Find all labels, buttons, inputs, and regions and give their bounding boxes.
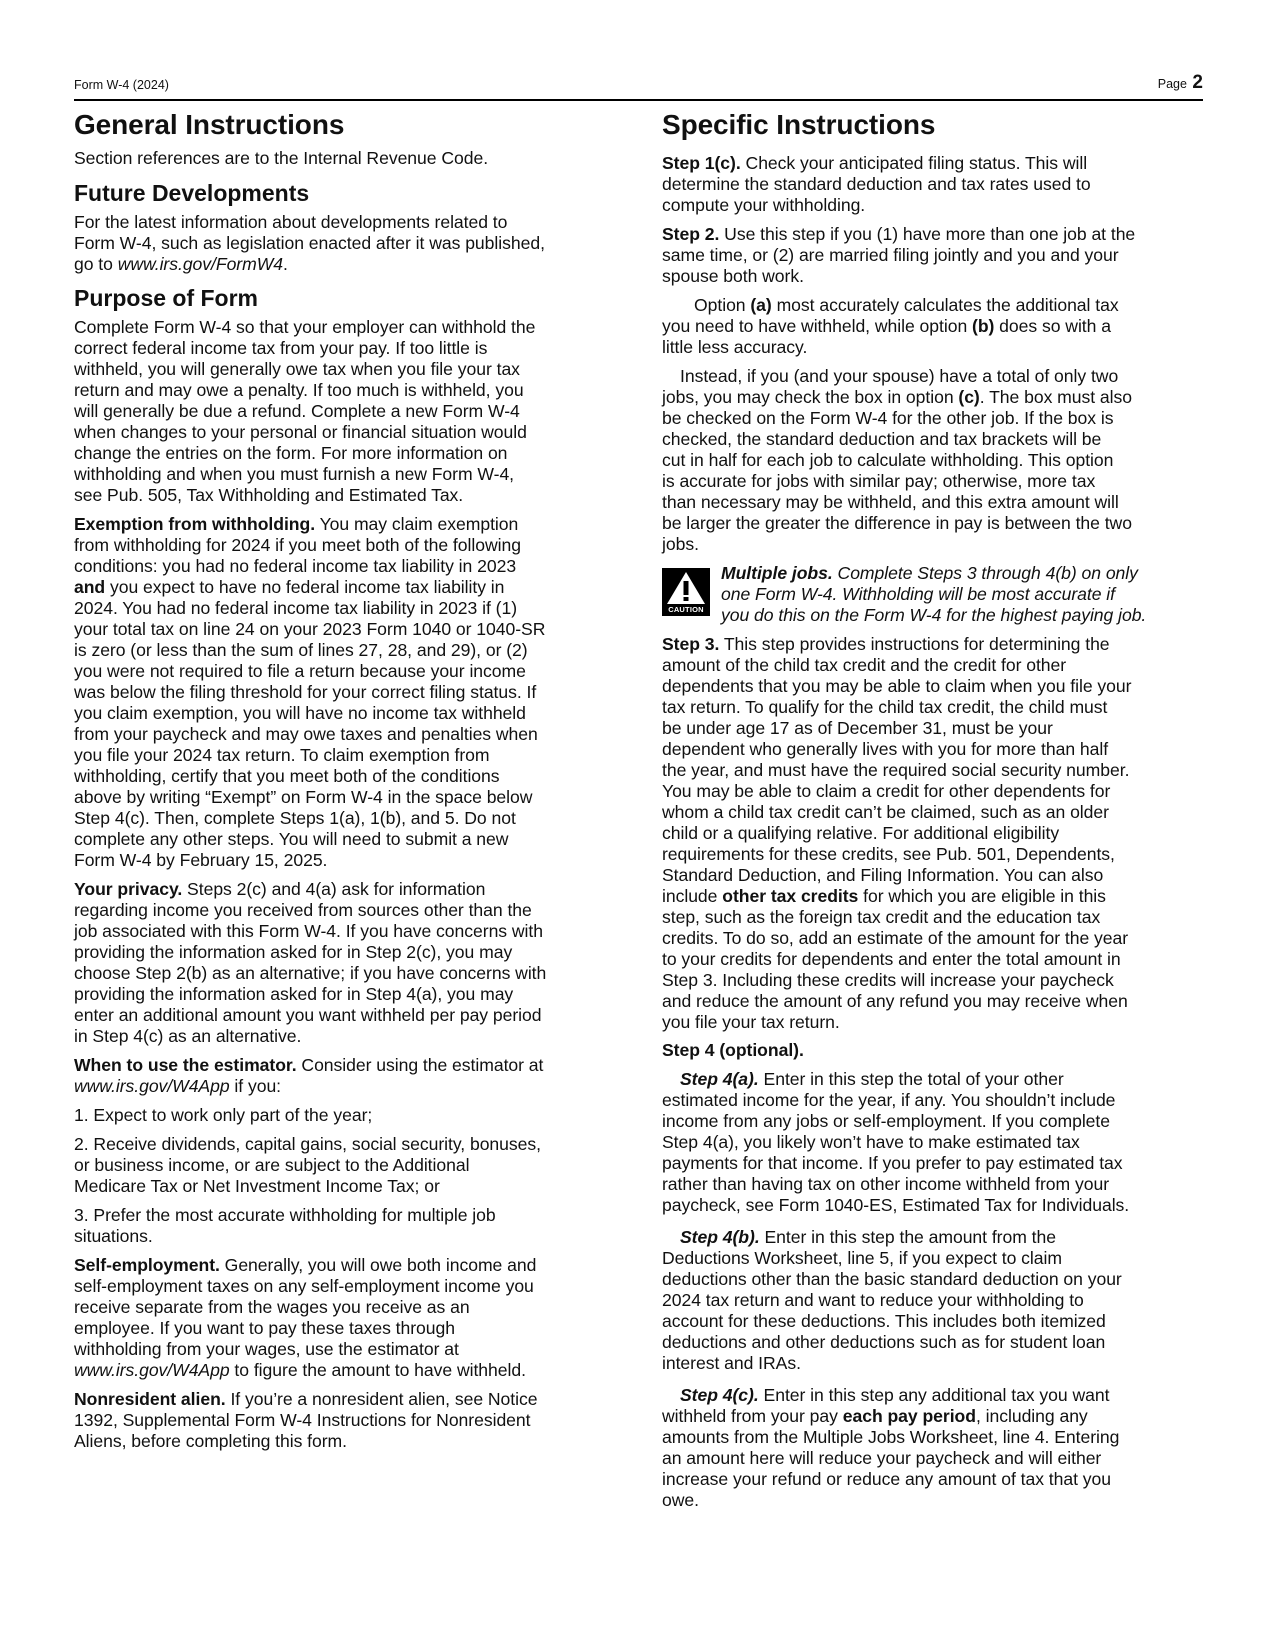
text-fragment: go to [74,254,118,274]
text-line: amounts from the Multiple Jobs Worksheet… [662,1427,1119,1448]
text-line: You may be able to claim a credit for ot… [662,781,1110,802]
text-line: one Form W-4. Withholding will be most a… [721,584,1115,605]
text-line: you do this on the Form W-4 for the high… [721,605,1146,626]
text-fragment: You may claim exemption [315,514,518,534]
text-fragment: Use this step if you (1) have more than … [719,224,1135,244]
text-line: www.irs.gov/W4App to figure the amount t… [74,1360,526,1381]
page-number: 2 [1192,72,1203,93]
text-line: change the entries on the form. For more… [74,443,507,464]
text-line: go to www.irs.gov/FormW4. [74,254,288,275]
text-line: above by writing “Exempt” on Form W-4 in… [74,787,532,808]
text-fragment: , including any [976,1406,1088,1426]
text-line: conditions: you had no federal income ta… [74,556,516,577]
text-fragment: If you’re a nonresident alien, see Notic… [226,1389,538,1409]
text-line: be checked on the Form W-4 for the other… [662,408,1113,429]
text-line: regarding income you received from sourc… [74,900,532,921]
text-line: providing the information asked for in S… [74,984,513,1005]
text-fragment: Step 4 (optional). [662,1040,804,1060]
text-line: paycheck, see Form 1040-ES, Estimated Ta… [662,1195,1129,1216]
text-line: step, such as the foreign tax credit and… [662,907,1100,928]
text-fragment: Steps 2(c) and 4(a) ask for information [182,879,485,899]
text-fragment: for which you are eligible in this [858,886,1106,906]
text-line: little less accuracy. [662,337,807,358]
text-line: estimated income for the year, if any. Y… [662,1090,1115,1111]
page-word: Page [1158,77,1187,91]
text-fragment: Consider using the estimator at [297,1055,544,1075]
text-line: Form W-4, such as legislation enacted af… [74,233,545,254]
text-line: When to use the estimator. Consider usin… [74,1055,543,1076]
text-line: was below the filing threshold for your … [74,682,536,703]
multiple-jobs-lead: Multiple jobs. [721,563,833,583]
text-line: dependents that you may be able to claim… [662,676,1131,697]
text-line: your total tax on line 24 on your 2023 F… [74,619,545,640]
step-4c-lead: Step 4(c). [680,1385,759,1405]
text-line: withheld, you will generally owe tax whe… [74,359,520,380]
nonresident-lead: Nonresident alien. [74,1389,226,1409]
text-line: withholding, certify that you meet both … [74,766,500,787]
header-rule [74,99,1203,101]
text-line: employee. If you want to pay these taxes… [74,1318,455,1339]
option-a-label: (a) [750,295,771,315]
text-line: situations. [74,1226,153,1247]
text-line: Form W-4 by February 15, 2025. [74,850,327,871]
estimator-item-1: 1. Expect to work only part of the year; [74,1105,372,1126]
text-line: rather than having tax on other income w… [662,1174,1109,1195]
text-line: Exemption from withholding. You may clai… [74,514,518,535]
step-4a-lead: Step 4(a). [680,1069,759,1089]
text-line: tax return. To qualify for the child tax… [662,697,1107,718]
text-line: Multiple jobs. Complete Steps 3 through … [721,563,1138,584]
estimator-lead: When to use the estimator. [74,1055,297,1075]
text-line: you need to have withheld, while option … [662,316,1111,337]
text-line: see Pub. 505, Tax Withholding and Estima… [74,485,463,506]
estimator-item-2: 2. Receive dividends, capital gains, soc… [74,1134,541,1155]
text-line: an amount here will reduce your paycheck… [662,1448,1101,1469]
text-line: Step 2. Use this step if you (1) have mo… [662,224,1135,245]
text-line: 2024. You had no federal income tax liab… [74,598,517,619]
text-fragment: Complete Steps 3 through 4(b) on only [833,563,1138,583]
step-4-heading: Step 4 (optional). [662,1040,804,1061]
text-line: payments for that income. If you prefer … [662,1153,1123,1174]
text-fragment: This step provides instructions for dete… [719,634,1109,654]
caution-icon: CAUTION [662,568,710,616]
text-fragment: Enter in this step any additional tax yo… [759,1385,1110,1405]
text-line: and reduce the amount of any refund you … [662,991,1128,1012]
text-line: amount of the child tax credit and the c… [662,655,1066,676]
w4app-link[interactable]: www.irs.gov/W4App [74,1360,230,1380]
text-line: include other tax credits for which you … [662,886,1106,907]
text-line: www.irs.gov/W4App if you: [74,1076,281,1097]
text-line: job associated with this Form W-4. If yo… [74,921,543,942]
text-line: return and may owe a penalty. If too muc… [74,380,524,401]
form-identifier: Form W-4 (2024) [74,78,169,92]
text-line: Step 3. This step provides instructions … [662,634,1110,655]
text-line: Step 3. Including these credits will inc… [662,970,1114,991]
text-line: 2024 tax return and want to reduce your … [662,1290,1084,1311]
text-fragment: . The box must also [980,387,1132,407]
text-line: to your credits for dependents and enter… [662,949,1121,970]
exemption-lead: Exemption from withholding. [74,514,315,534]
text-fragment: you expect to have no federal income tax… [105,577,504,597]
future-developments-heading: Future Developments [74,180,309,207]
text-line: credits. To do so, add an estimate of th… [662,928,1128,949]
text-fragment: if you: [230,1076,281,1096]
caution-label: CAUTION [662,605,710,614]
text-line: owe. [662,1490,699,1511]
text-line: Step 4(b). Enter in this step the amount… [680,1227,1056,1248]
estimator-item-3: 3. Prefer the most accurate withholding … [74,1205,496,1226]
text-fragment: you do this on the Form W-4 for the high… [721,605,1146,625]
text-line: Deductions Worksheet, line 5, if you exp… [662,1248,1062,1269]
text-fragment: you need to have withheld, while option [662,316,972,336]
text-line: determine the standard deduction and tax… [662,174,1091,195]
text-fragment: one Form W-4. Withholding will be most a… [721,584,1115,604]
text-line: Option (a) most accurately calculates th… [694,295,1119,316]
text-fragment: does so with a [994,316,1111,336]
text-line: enter an additional amount you want with… [74,1005,542,1026]
text-line: withholding and when you must furnish a … [74,464,514,485]
text-line: will generally be due a refund. Complete… [74,401,520,422]
text-line: jobs. [662,534,699,555]
text-line: be under age 17 as of December 31, must … [662,718,1053,739]
text-fragment: Check your anticipated filing status. Th… [741,153,1087,173]
text-line: same time, or (2) are married filing joi… [662,245,1119,266]
text-line: than necessary may be withheld, and this… [662,492,1119,513]
text-line: whom a child tax credit can’t be claimed… [662,802,1109,823]
text-line: account for these deductions. This inclu… [662,1311,1106,1332]
text-fragment: . [283,254,288,274]
text-line: checked, the standard deduction and tax … [662,429,1101,450]
text-fragment: most accurately calculates the additiona… [772,295,1119,315]
text-line: is accurate for jobs with similar pay; o… [662,471,1095,492]
text-line: Step 4(a). Enter in this step the total … [680,1069,1064,1090]
text-line: Complete Form W-4 so that your employer … [74,317,535,338]
text-line: withholding from your wages, use the est… [74,1339,459,1360]
text-line: income from any jobs or self-employment.… [662,1111,1110,1132]
text-fragment: Enter in this step the total of your oth… [759,1069,1064,1089]
text-line: increase your refund or reduce any amoun… [662,1469,1111,1490]
text-line: you were not required to file a return b… [74,661,526,682]
text-line: deductions other than the basic standard… [662,1269,1122,1290]
text-fragment: Generally, you will owe both income and [220,1255,536,1275]
text-line: you file your 2024 tax return. To claim … [74,745,490,766]
text-fragment: Enter in this step the amount from the [760,1227,1056,1247]
option-c-label: (c) [958,387,979,407]
text-line: withheld from your pay each pay period, … [662,1406,1088,1427]
w4app-link[interactable]: www.irs.gov/W4App [74,1076,230,1096]
text-line: Step 4(c). Enter in this step any additi… [680,1385,1109,1406]
step-3-lead: Step 3. [662,634,719,654]
text-line: Step 4(c). Then, complete Steps 1(a), 1(… [74,808,516,829]
text-line: and you expect to have no federal income… [74,577,504,598]
text-fragment: jobs, you may check the box in option [662,387,958,407]
specific-instructions-title: Specific Instructions [662,109,935,141]
text-line: deductions and other deductions such as … [662,1332,1105,1353]
option-b-label: (b) [972,316,994,336]
text-line: requirements for these credits, see Pub.… [662,844,1115,865]
and-emphasis: and [74,577,105,597]
text-line: Your privacy. Steps 2(c) and 4(a) ask fo… [74,879,485,900]
text-line: Step 1(c). Check your anticipated filing… [662,153,1087,174]
text-line: correct federal income tax from your pay… [74,338,487,359]
text-line: or business income, or are subject to th… [74,1155,469,1176]
text-line: 1392, Supplemental Form W-4 Instructions… [74,1410,531,1431]
text-line: choose Step 2(b) as an alternative; if y… [74,963,546,984]
text-fragment: to figure the amount to have withheld. [230,1360,526,1380]
self-employment-lead: Self-employment. [74,1255,220,1275]
step-2-lead: Step 2. [662,224,719,244]
text-line: you claim exemption, you will have no in… [74,703,526,724]
text-line: the year, and must have the required soc… [662,760,1129,781]
text-line: Step 4(a), you likely won’t have to make… [662,1132,1080,1153]
page-number-label: Page 2 [1158,72,1203,94]
text-line: For the latest information about develop… [74,212,507,233]
privacy-lead: Your privacy. [74,879,182,899]
text-line: receive separate from the wages you rece… [74,1297,470,1318]
text-line: when changes to your personal or financi… [74,422,527,443]
text-line: Self-employment. Generally, you will owe… [74,1255,536,1276]
other-tax-credits-emphasis: other tax credits [722,886,858,906]
text-line: Standard Deduction, and Filing Informati… [662,865,1103,886]
text-line: self-employment taxes on any self-employ… [74,1276,534,1297]
text-line: compute your withholding. [662,195,865,216]
text-line: be larger the greater the difference in … [662,513,1132,534]
text-line: Instead, if you (and your spouse) have a… [680,366,1118,387]
text-line: Nonresident alien. If you’re a nonreside… [74,1389,537,1410]
general-instructions-title: General Instructions [74,109,344,141]
step-1c-lead: Step 1(c). [662,153,741,173]
text-line: you file your tax return. [662,1012,840,1033]
text-fragment: withheld from your pay [662,1406,843,1426]
step-4b-lead: Step 4(b). [680,1227,760,1247]
text-line: spouse both work. [662,266,804,287]
text-fragment: include [662,886,722,906]
text-line: Aliens, before completing this form. [74,1431,347,1452]
formw4-link[interactable]: www.irs.gov/FormW4 [118,254,283,274]
each-pay-period-emphasis: each pay period [843,1406,976,1426]
text-line: complete any other steps. You will need … [74,829,508,850]
text-line: interest and IRAs. [662,1353,801,1374]
text-line: in Step 4(c) as an alternative. [74,1026,301,1047]
section-references-text: Section references are to the Internal R… [74,148,488,169]
text-line: dependent who generally lives with you f… [662,739,1108,760]
text-line: child or a qualifying relative. For addi… [662,823,1059,844]
text-line: is zero (or less than the sum of lines 2… [74,640,528,661]
text-line: providing the information asked for in S… [74,942,512,963]
text-line: jobs, you may check the box in option (c… [662,387,1132,408]
text-line: from withholding for 2024 if you meet bo… [74,535,521,556]
purpose-of-form-heading: Purpose of Form [74,285,258,312]
text-line: Medicare Tax or Net Investment Income Ta… [74,1176,440,1197]
text-line: cut in half for each job to calculate wi… [662,450,1113,471]
text-line: from your paycheck and may owe taxes and… [74,724,538,745]
text-fragment: Option [694,295,750,315]
